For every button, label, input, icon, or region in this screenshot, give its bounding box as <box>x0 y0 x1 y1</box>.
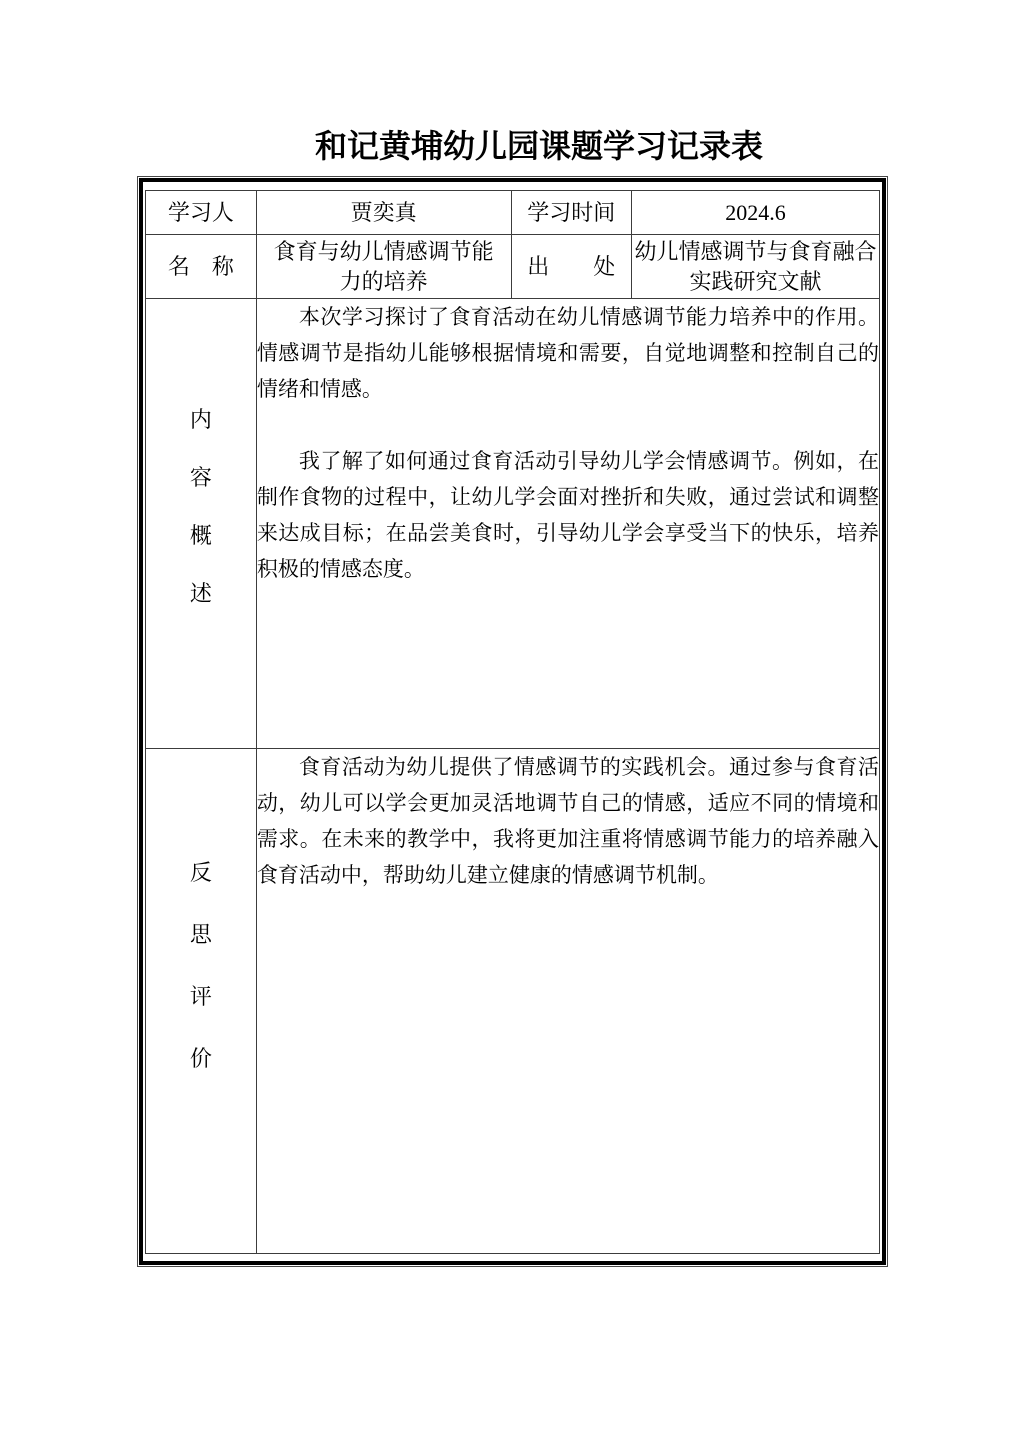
label-char: 概 <box>190 525 212 547</box>
label-char: 评 <box>190 986 212 1008</box>
document-page: 和记黄埔幼儿园课题学习记录表 学习人 贾奕真 学习时间 2024.6 名 称 食… <box>0 0 1024 1448</box>
label-char: 反 <box>190 862 212 884</box>
label-char: 思 <box>190 924 212 946</box>
learner-label: 学习人 <box>146 191 257 235</box>
label-char: 内 <box>190 409 212 431</box>
reflection-label-chars: 反 思 评 价 <box>146 749 256 1070</box>
label-char: 价 <box>190 1048 212 1070</box>
page-title: 和记黄埔幼儿园课题学习记录表 <box>27 126 1024 166</box>
table-row-topic: 名 称 食育与幼儿情感调节能 力的培养 出 处 幼儿情感调节与食育融合 实践研究… <box>146 235 880 299</box>
table-row-content-summary: 内 容 概 述 本次学习探讨了食育活动在幼儿情感调节能力培养中的作用。情感调节是… <box>146 299 880 749</box>
content-paragraph-2: 我了解了如何通过食育活动引导幼儿学会情感调节。例如，在制作食物的过程中，让幼儿学… <box>257 443 879 587</box>
topic-name-value: 食育与幼儿情感调节能 力的培养 <box>256 235 511 299</box>
record-table: 学习人 贾奕真 学习时间 2024.6 名 称 食育与幼儿情感调节能 力的培养 … <box>145 190 880 1254</box>
source-value: 幼儿情感调节与食育融合 实践研究文献 <box>631 235 879 299</box>
content-summary-label: 内 容 概 述 <box>146 299 257 749</box>
content-summary-label-chars: 内 容 概 述 <box>146 299 256 605</box>
table-row-reflection: 反 思 评 价 食育活动为幼儿提供了情感调节的实践机会。通过参与食育活动，幼儿可… <box>146 749 880 1254</box>
reflection-label: 反 思 评 价 <box>146 749 257 1254</box>
source-label: 出 处 <box>511 235 631 299</box>
reflection-paragraph-1: 食育活动为幼儿提供了情感调节的实践机会。通过参与食育活动，幼儿可以学会更加灵活地… <box>257 749 879 893</box>
learner-value: 贾奕真 <box>256 191 511 235</box>
topic-name-label: 名 称 <box>146 235 257 299</box>
table-row-learner: 学习人 贾奕真 学习时间 2024.6 <box>146 191 880 235</box>
reflection-cell: 食育活动为幼儿提供了情感调节的实践机会。通过参与食育活动，幼儿可以学会更加灵活地… <box>256 749 879 1254</box>
table-frame: 学习人 贾奕真 学习时间 2024.6 名 称 食育与幼儿情感调节能 力的培养 … <box>139 178 886 1265</box>
label-char: 述 <box>190 583 212 605</box>
study-time-label: 学习时间 <box>511 191 631 235</box>
content-summary-cell: 本次学习探讨了食育活动在幼儿情感调节能力培养中的作用。情感调节是指幼儿能够根据情… <box>256 299 879 749</box>
label-char: 容 <box>190 467 212 489</box>
study-time-value: 2024.6 <box>631 191 879 235</box>
content-paragraph-1: 本次学习探讨了食育活动在幼儿情感调节能力培养中的作用。情感调节是指幼儿能够根据情… <box>257 299 879 407</box>
